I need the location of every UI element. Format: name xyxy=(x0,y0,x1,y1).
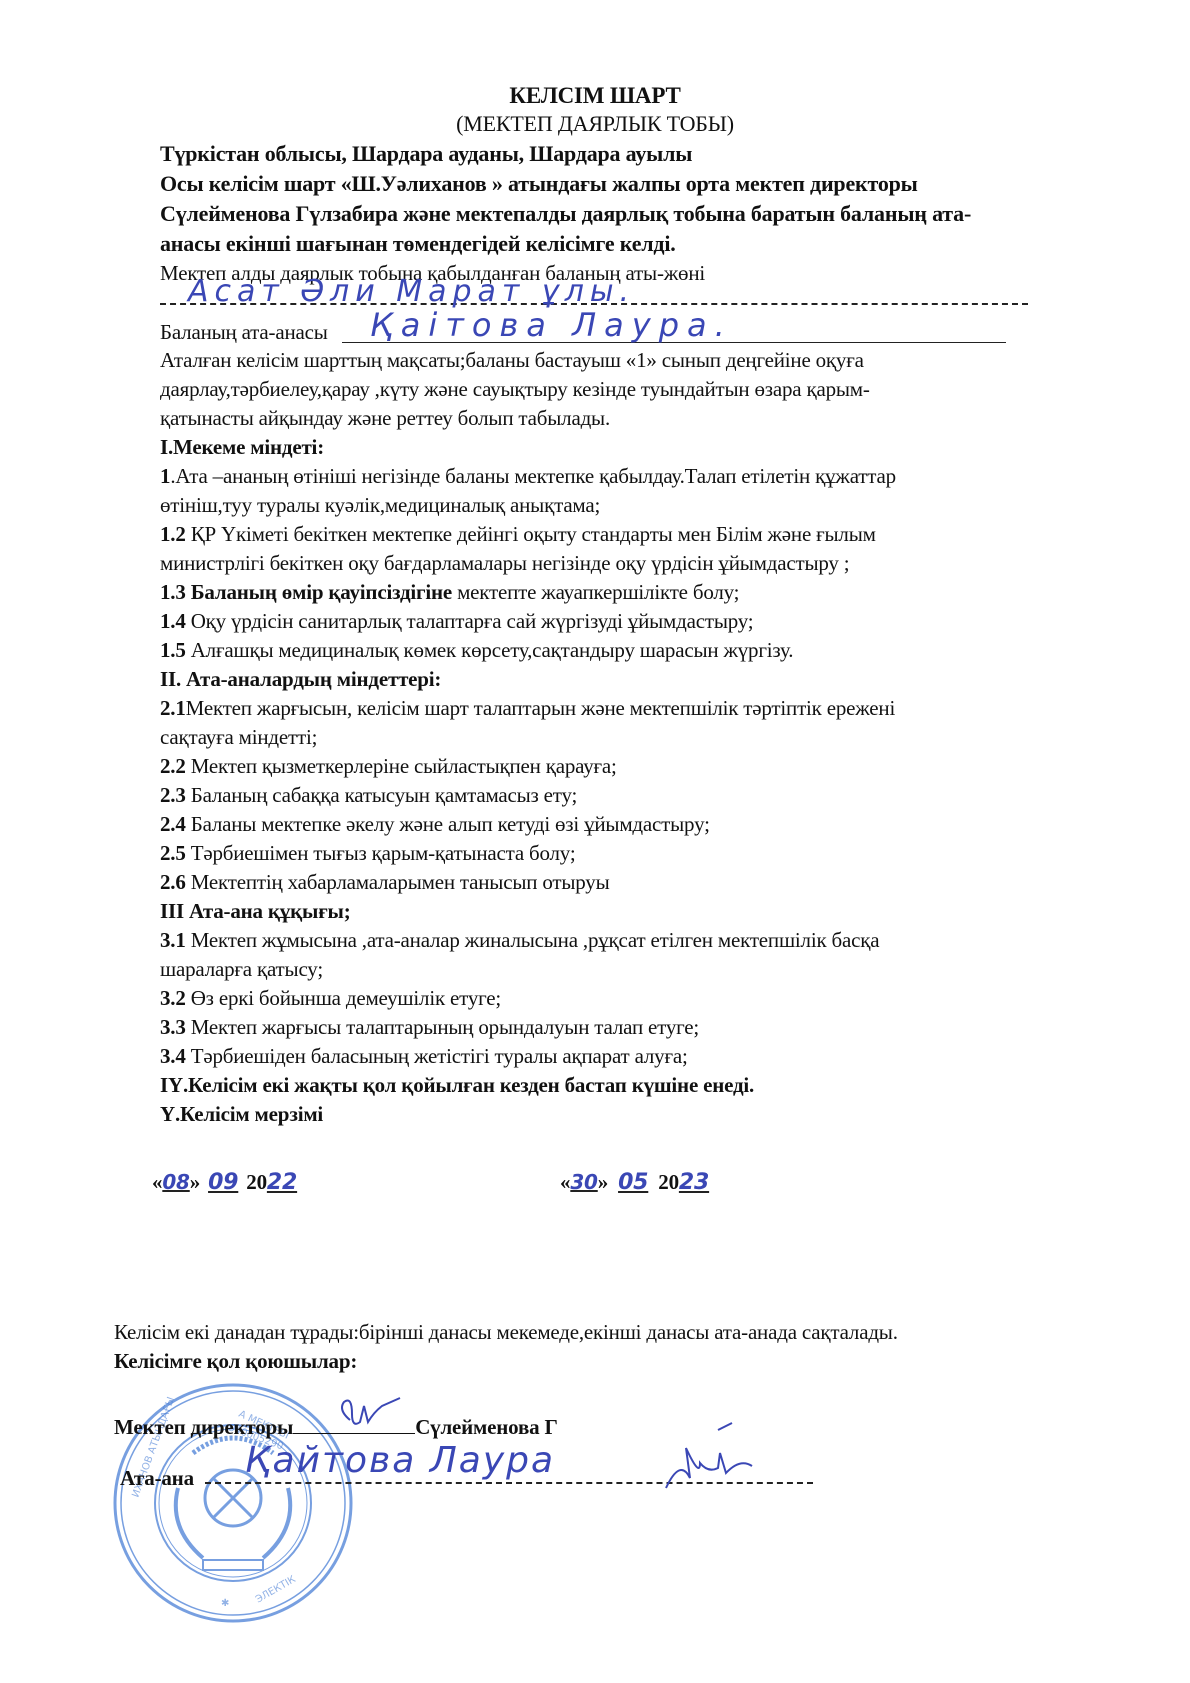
start-year-prefix: 20 xyxy=(246,1170,267,1194)
svg-text:ЭЛЕКТІК: ЭЛЕКТІК xyxy=(254,1574,298,1606)
item-1-1: 1.Ата –ананың өтініші негізінде баланы м… xyxy=(160,462,896,490)
item-number: 1.3 xyxy=(160,580,186,604)
item-text: Тәрбиешімен тығыз қарым-қатынаста болу; xyxy=(186,841,576,865)
item-3-1: 3.1 Мектеп жұмысына ,ата-аналар жиналысы… xyxy=(160,926,879,954)
item-text: Баланы мектепке әкелу және алып кетуді ө… xyxy=(186,812,710,836)
item-1-2-cont: министрлігі бекіткен оқу бағдарламалары … xyxy=(160,549,849,577)
item-number: 2.4 xyxy=(160,812,186,836)
item-text: Мектеп жарғысын, келісім шарт талаптарын… xyxy=(186,696,895,720)
item-number: 2.6 xyxy=(160,870,186,894)
signatories-heading: Келісімге қол қоюшылар: xyxy=(114,1347,357,1375)
parent-name-label: Баланың ата-анасы xyxy=(160,318,328,346)
item-number: 1.5 xyxy=(160,638,186,662)
item-2-4: 2.4 Баланы мектепке әкелу және алып кету… xyxy=(160,810,710,838)
item-text: Алғашқы медициналық көмек көрсету,сақтан… xyxy=(186,638,794,662)
item-text: Мектеп қызметкерлеріне сыйластықпен қара… xyxy=(186,754,617,778)
parent-signature-icon[interactable] xyxy=(660,1418,770,1518)
section-2-heading: ІІ. Ата-аналардың міндеттері: xyxy=(160,665,441,693)
item-text: Баланың сабаққа катысуын қамтамасыз ету; xyxy=(186,783,578,807)
intro-line-1: Осы келісім шарт «Ш.Уәлиханов » атындағы… xyxy=(160,170,918,198)
end-day[interactable]: 30 xyxy=(570,1170,597,1194)
item-text: Тәрбиешіден баласының жетістігі туралы а… xyxy=(186,1044,688,1068)
item-text: Оқу үрдісін санитарлық талаптарға сай жү… xyxy=(186,609,754,633)
start-year-suffix[interactable]: 22 xyxy=(267,1170,297,1195)
item-1-2: 1.2 ҚР Үкіметі бекіткен мектепке дейінгі… xyxy=(160,520,876,548)
parent-handwritten-name[interactable]: Қайтова Лаура xyxy=(245,1440,555,1481)
purpose-line-1: Аталған келісім шарттың мақсаты;баланы б… xyxy=(160,346,864,374)
item-2-6: 2.6 Мектептің хабарламаларымен танысып о… xyxy=(160,868,609,896)
item-text: .Ата –ананың өтініші негізінде баланы ме… xyxy=(170,464,896,488)
item-text: Мектеп жұмысына ,ата-аналар жиналысына ,… xyxy=(186,928,880,952)
director-name: Сүлейменова Г xyxy=(415,1415,557,1439)
item-number: 1 xyxy=(160,464,170,488)
section-1-heading: І.Мекеме міндеті: xyxy=(160,433,324,461)
term-end-date: «30»052023 xyxy=(560,1168,709,1197)
parent-name-value[interactable]: Қаітова Лаура. xyxy=(370,306,733,344)
term-start-date: «08»092022 xyxy=(152,1168,297,1197)
section-4-statement: ІҮ.Келісім екі жақты қол қойылған кезден… xyxy=(160,1071,754,1099)
item-3-2: 3.2 Өз еркі бойынша демеушілік етуге; xyxy=(160,984,501,1012)
item-text: Мектеп жарғысы талаптарының орындалуын т… xyxy=(186,1015,699,1039)
item-3-4: 3.4 Тәрбиешіден баласының жетістігі тура… xyxy=(160,1042,688,1070)
item-text: мектепте жауапкершілікте болу; xyxy=(452,580,739,604)
section-3-heading: ІІІ Ата-ана құқығы; xyxy=(160,897,351,925)
item-1-3: 1.3 Баланың өмір қауіпсіздігіне мектепте… xyxy=(160,578,739,606)
intro-line-2: Сүлейменова Гүлзабира және мектепалды да… xyxy=(160,200,971,228)
copies-note: Келісім екі данадан тұрады:бірінші данас… xyxy=(114,1318,898,1346)
item-2-2: 2.2 Мектеп қызметкерлеріне сыйластықпен … xyxy=(160,752,617,780)
item-number: 2.1 xyxy=(160,696,186,720)
contract-page: КЕЛСІМ ШАРТ (МЕКТЕП ДАЯРЛЫК ТОБЫ) Түркіс… xyxy=(0,0,1190,1683)
item-number: 2.3 xyxy=(160,783,186,807)
item-number: 1.2 xyxy=(160,522,186,546)
location-line: Түркістан облысы, Шардара ауданы, Шардар… xyxy=(160,140,692,168)
item-2-3: 2.3 Баланың сабаққа катысуын қамтамасыз … xyxy=(160,781,577,809)
item-number: 2.2 xyxy=(160,754,186,778)
item-1-1-cont: өтініш,туу туралы куәлік,медициналық аны… xyxy=(160,491,600,519)
item-number: 3.4 xyxy=(160,1044,186,1068)
item-number: 2.5 xyxy=(160,841,186,865)
purpose-line-2: даярлау,тәрбиелеу,қарау ,күту және сауық… xyxy=(160,375,870,403)
item-bold-text: Баланың өмір қауіпсіздігіне xyxy=(186,580,452,604)
end-month[interactable]: 05 xyxy=(608,1170,658,1195)
item-3-3: 3.3 Мектеп жарғысы талаптарының орындалу… xyxy=(160,1013,699,1041)
item-3-1-cont: шараларға қатысу; xyxy=(160,955,323,983)
parent-label-text: Ата-ана xyxy=(120,1466,194,1490)
item-number: 3.1 xyxy=(160,928,186,952)
item-2-1-cont: сақтауға міндетті; xyxy=(160,723,317,751)
item-text: Өз еркі бойынша демеушілік етуге; xyxy=(186,986,501,1010)
intro-line-3: анасы екінші шағынан төмендегідей келісі… xyxy=(160,230,676,258)
item-1-5: 1.5 Алғашқы медициналық көмек көрсету,са… xyxy=(160,636,793,664)
item-number: 3.2 xyxy=(160,986,186,1010)
document-title: КЕЛСІМ ШАРТ xyxy=(0,82,1190,110)
director-signature-icon[interactable] xyxy=(330,1392,420,1442)
item-2-1: 2.1Мектеп жарғысын, келісім шарт талапта… xyxy=(160,694,895,722)
item-number: 3.3 xyxy=(160,1015,186,1039)
item-text: ҚР Үкіметі бекіткен мектепке дейінгі оқы… xyxy=(186,522,876,546)
purpose-line-3: қатынасты айқындау және реттеу болып таб… xyxy=(160,404,610,432)
director-label-text: Мектеп директоры xyxy=(114,1415,293,1439)
svg-text:✱: ✱ xyxy=(221,1598,229,1609)
section-5-heading: Ү.Келісім мерзімі xyxy=(160,1100,323,1128)
end-year-suffix[interactable]: 23 xyxy=(679,1170,709,1195)
end-year-prefix: 20 xyxy=(658,1170,679,1194)
item-1-4: 1.4 Оқу үрдісін санитарлық талаптарға са… xyxy=(160,607,753,635)
parent-signature-label: Ата-ана xyxy=(120,1464,194,1492)
item-number: 1.4 xyxy=(160,609,186,633)
item-text: Мектептің хабарламаларымен танысып отыру… xyxy=(186,870,610,894)
start-day[interactable]: 08 xyxy=(162,1170,189,1194)
child-name-value[interactable]: Асат Әли Марат ұлы. xyxy=(188,274,635,309)
document-subtitle: (МЕКТЕП ДАЯРЛЫК ТОБЫ) xyxy=(0,110,1190,138)
start-month[interactable]: 09 xyxy=(200,1170,246,1195)
item-2-5: 2.5 Тәрбиешімен тығыз қарым-қатынаста бо… xyxy=(160,839,575,867)
